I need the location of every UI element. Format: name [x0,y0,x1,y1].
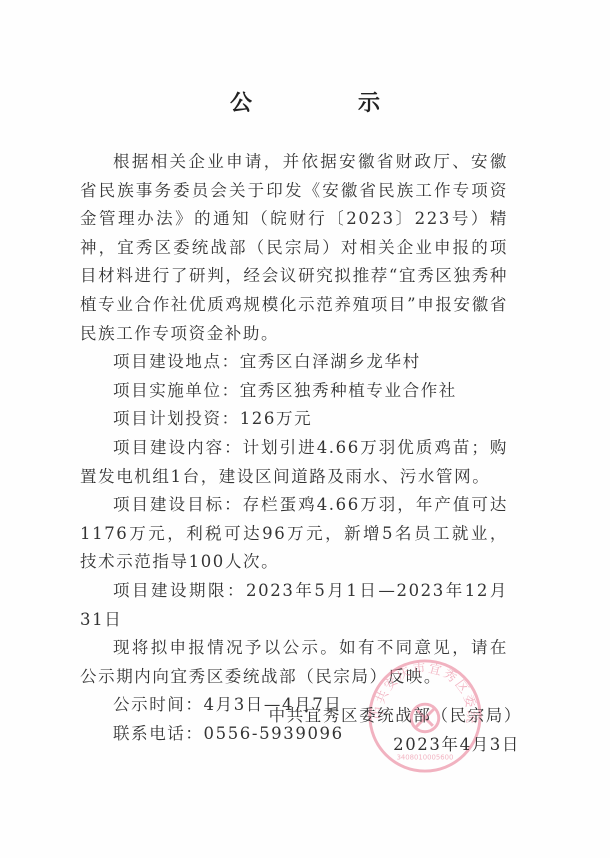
document-page: 公 示 根据相关企业申请，并依据安徽省财政厅、安徽省民族事务委员会关于印发《安徽… [0,0,610,858]
signature-organization: 中共宜秀区委统战部（民宗局） [269,702,522,731]
signature-block: 中共宜秀区委统战部（民宗局） 2023年4月3日 [269,702,522,759]
paragraph-investment: 项目计划投资：126万元 [80,405,508,434]
paragraph-intro: 根据相关企业申请，并依据安徽省财政厅、安徽省民族事务委员会关于印发《安徽省民族工… [80,148,508,348]
document-title: 公 示 [0,86,610,117]
paragraph-period: 项目建设期限：2023年5月1日—2023年12月31日 [80,577,508,634]
paragraph-content: 项目建设内容：计划引进4.66万羽优质鸡苗；购置发电机组1台，建设区间道路及雨水… [80,434,508,491]
paragraph-location: 项目建设地点：宜秀区白泽湖乡龙华村 [80,348,508,377]
signature-date: 2023年4月3日 [269,731,520,760]
paragraph-goal: 项目建设目标：存栏蛋鸡4.66万羽，年产值可达1176万元，利税可达96万元，新… [80,491,508,577]
paragraph-unit: 项目实施单位：宜秀区独秀种植专业合作社 [80,377,508,406]
